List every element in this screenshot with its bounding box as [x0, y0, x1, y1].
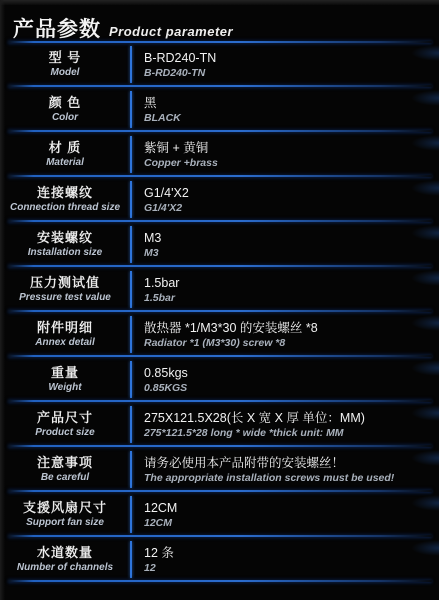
- row-value-primary: 黑: [144, 96, 439, 110]
- row-label-en: Color: [52, 113, 78, 123]
- row-label: 产品尺寸 Product size: [0, 402, 130, 447]
- row-value-primary: M3: [144, 231, 439, 245]
- row-label: 注意事项 Be careful: [0, 447, 130, 492]
- row-label-en: Installation size: [28, 248, 102, 258]
- table-row: 安装螺纹 Installation size M3 M3: [0, 222, 439, 267]
- row-value-en: 1.5bar: [144, 293, 439, 304]
- row-label: 连接螺纹 Connection thread size: [0, 177, 130, 222]
- row-value-en: B-RD240-TN: [144, 68, 439, 79]
- row-label-zh: 颜 色: [49, 96, 82, 110]
- row-label-zh: 型 号: [49, 51, 82, 65]
- row-value: 12 条 12: [132, 537, 439, 582]
- table-row: 压力测试值 Pressure test value 1.5bar 1.5bar: [0, 267, 439, 312]
- row-value: B-RD240-TN B-RD240-TN: [132, 42, 439, 87]
- row-value-en: BLACK: [144, 113, 439, 124]
- row-label-en: Annex detail: [35, 338, 94, 348]
- row-value: 1.5bar 1.5bar: [132, 267, 439, 312]
- row-value-primary: 0.85kgs: [144, 366, 439, 380]
- row-label: 重量 Weight: [0, 357, 130, 402]
- table-row: 颜 色 Color 黑 BLACK: [0, 87, 439, 132]
- row-value-en: 12CM: [144, 518, 439, 529]
- row-value: 0.85kgs 0.85KGS: [132, 357, 439, 402]
- row-value-primary: 紫铜 + 黄铜: [144, 141, 439, 155]
- row-value: 275X121.5X28(长 X 宽 X 厚 单位：MM) 275*121.5*…: [132, 402, 439, 447]
- row-value-primary: 12CM: [144, 501, 439, 515]
- table-row: 注意事项 Be careful 请务必使用本产品附带的安装螺丝！ The app…: [0, 447, 439, 492]
- row-label: 安装螺纹 Installation size: [0, 222, 130, 267]
- table-row: 附件明细 Annex detail 散热器 *1/M3*30 的安装螺丝 *8 …: [0, 312, 439, 357]
- row-value: 请务必使用本产品附带的安装螺丝！ The appropriate install…: [132, 447, 439, 492]
- row-value: 12CM 12CM: [132, 492, 439, 537]
- page-header: 产品参数 Product parameter: [13, 13, 429, 43]
- product-parameter-sheet: 产品参数 Product parameter 型 号 Model B-RD240…: [0, 0, 439, 600]
- row-label-en: Model: [51, 68, 80, 78]
- top-edge-shade: [0, 0, 439, 5]
- row-label-en: Product size: [35, 428, 94, 438]
- row-label-zh: 支援风扇尺寸: [23, 501, 107, 515]
- row-label-en: Weight: [48, 383, 81, 393]
- page-title-zh: 产品参数: [13, 13, 101, 43]
- row-value-primary: 275X121.5X28(长 X 宽 X 厚 单位：MM): [144, 411, 439, 425]
- row-value-en: 275*121.5*28 long * wide *thick unit: MM: [144, 428, 439, 439]
- row-value-primary: 散热器 *1/M3*30 的安装螺丝 *8: [144, 321, 439, 335]
- spec-table: 型 号 Model B-RD240-TN B-RD240-TN 颜 色 Colo…: [0, 42, 439, 582]
- table-row: 产品尺寸 Product size 275X121.5X28(长 X 宽 X 厚…: [0, 402, 439, 447]
- row-label-en: Number of channels: [17, 563, 113, 573]
- row-label-zh: 产品尺寸: [37, 411, 93, 425]
- row-value-primary: 12 条: [144, 546, 439, 560]
- row-label-zh: 水道数量: [37, 546, 93, 560]
- row-value-en: Copper +brass: [144, 158, 439, 169]
- row-value-primary: 请务必使用本产品附带的安装螺丝！: [144, 456, 439, 470]
- row-value: 黑 BLACK: [132, 87, 439, 132]
- row-value-en: G1/4'X2: [144, 203, 439, 214]
- row-label: 颜 色 Color: [0, 87, 130, 132]
- row-value-en: Radiator *1 (M3*30) screw *8: [144, 338, 439, 349]
- row-label-en: Support fan size: [26, 518, 104, 528]
- row-value: 紫铜 + 黄铜 Copper +brass: [132, 132, 439, 177]
- row-label-en: Connection thread size: [10, 203, 120, 213]
- row-value-en: The appropriate installation screws must…: [144, 473, 439, 484]
- row-label-en: Material: [46, 158, 84, 168]
- table-row: 支援风扇尺寸 Support fan size 12CM 12CM: [0, 492, 439, 537]
- row-value-en: 12: [144, 563, 439, 574]
- row-value: G1/4'X2 G1/4'X2: [132, 177, 439, 222]
- row-value-primary: 1.5bar: [144, 276, 439, 290]
- row-label-en: Be careful: [41, 473, 89, 483]
- row-label-zh: 安装螺纹: [37, 231, 93, 245]
- row-label: 附件明细 Annex detail: [0, 312, 130, 357]
- row-label: 压力测试值 Pressure test value: [0, 267, 130, 312]
- row-label-zh: 压力测试值: [30, 276, 100, 290]
- row-label-en: Pressure test value: [19, 293, 111, 303]
- row-value-en: M3: [144, 248, 439, 259]
- table-row: 重量 Weight 0.85kgs 0.85KGS: [0, 357, 439, 402]
- table-row: 型 号 Model B-RD240-TN B-RD240-TN: [0, 42, 439, 87]
- row-label-zh: 连接螺纹: [37, 186, 93, 200]
- row-label-zh: 注意事项: [37, 456, 93, 470]
- row-value-en: 0.85KGS: [144, 383, 439, 394]
- row-label: 材 质 Material: [0, 132, 130, 177]
- row-label: 型 号 Model: [0, 42, 130, 87]
- row-label-zh: 重量: [51, 366, 79, 380]
- page-title-en: Product parameter: [109, 24, 233, 39]
- row-value-primary: B-RD240-TN: [144, 51, 439, 65]
- row-value: M3 M3: [132, 222, 439, 267]
- row-label: 支援风扇尺寸 Support fan size: [0, 492, 130, 537]
- table-row: 连接螺纹 Connection thread size G1/4'X2 G1/4…: [0, 177, 439, 222]
- table-row: 水道数量 Number of channels 12 条 12: [0, 537, 439, 582]
- row-label: 水道数量 Number of channels: [0, 537, 130, 582]
- row-value-primary: G1/4'X2: [144, 186, 439, 200]
- row-label-zh: 附件明细: [37, 321, 93, 335]
- table-row: 材 质 Material 紫铜 + 黄铜 Copper +brass: [0, 132, 439, 177]
- row-label-zh: 材 质: [49, 141, 82, 155]
- row-value: 散热器 *1/M3*30 的安装螺丝 *8 Radiator *1 (M3*30…: [132, 312, 439, 357]
